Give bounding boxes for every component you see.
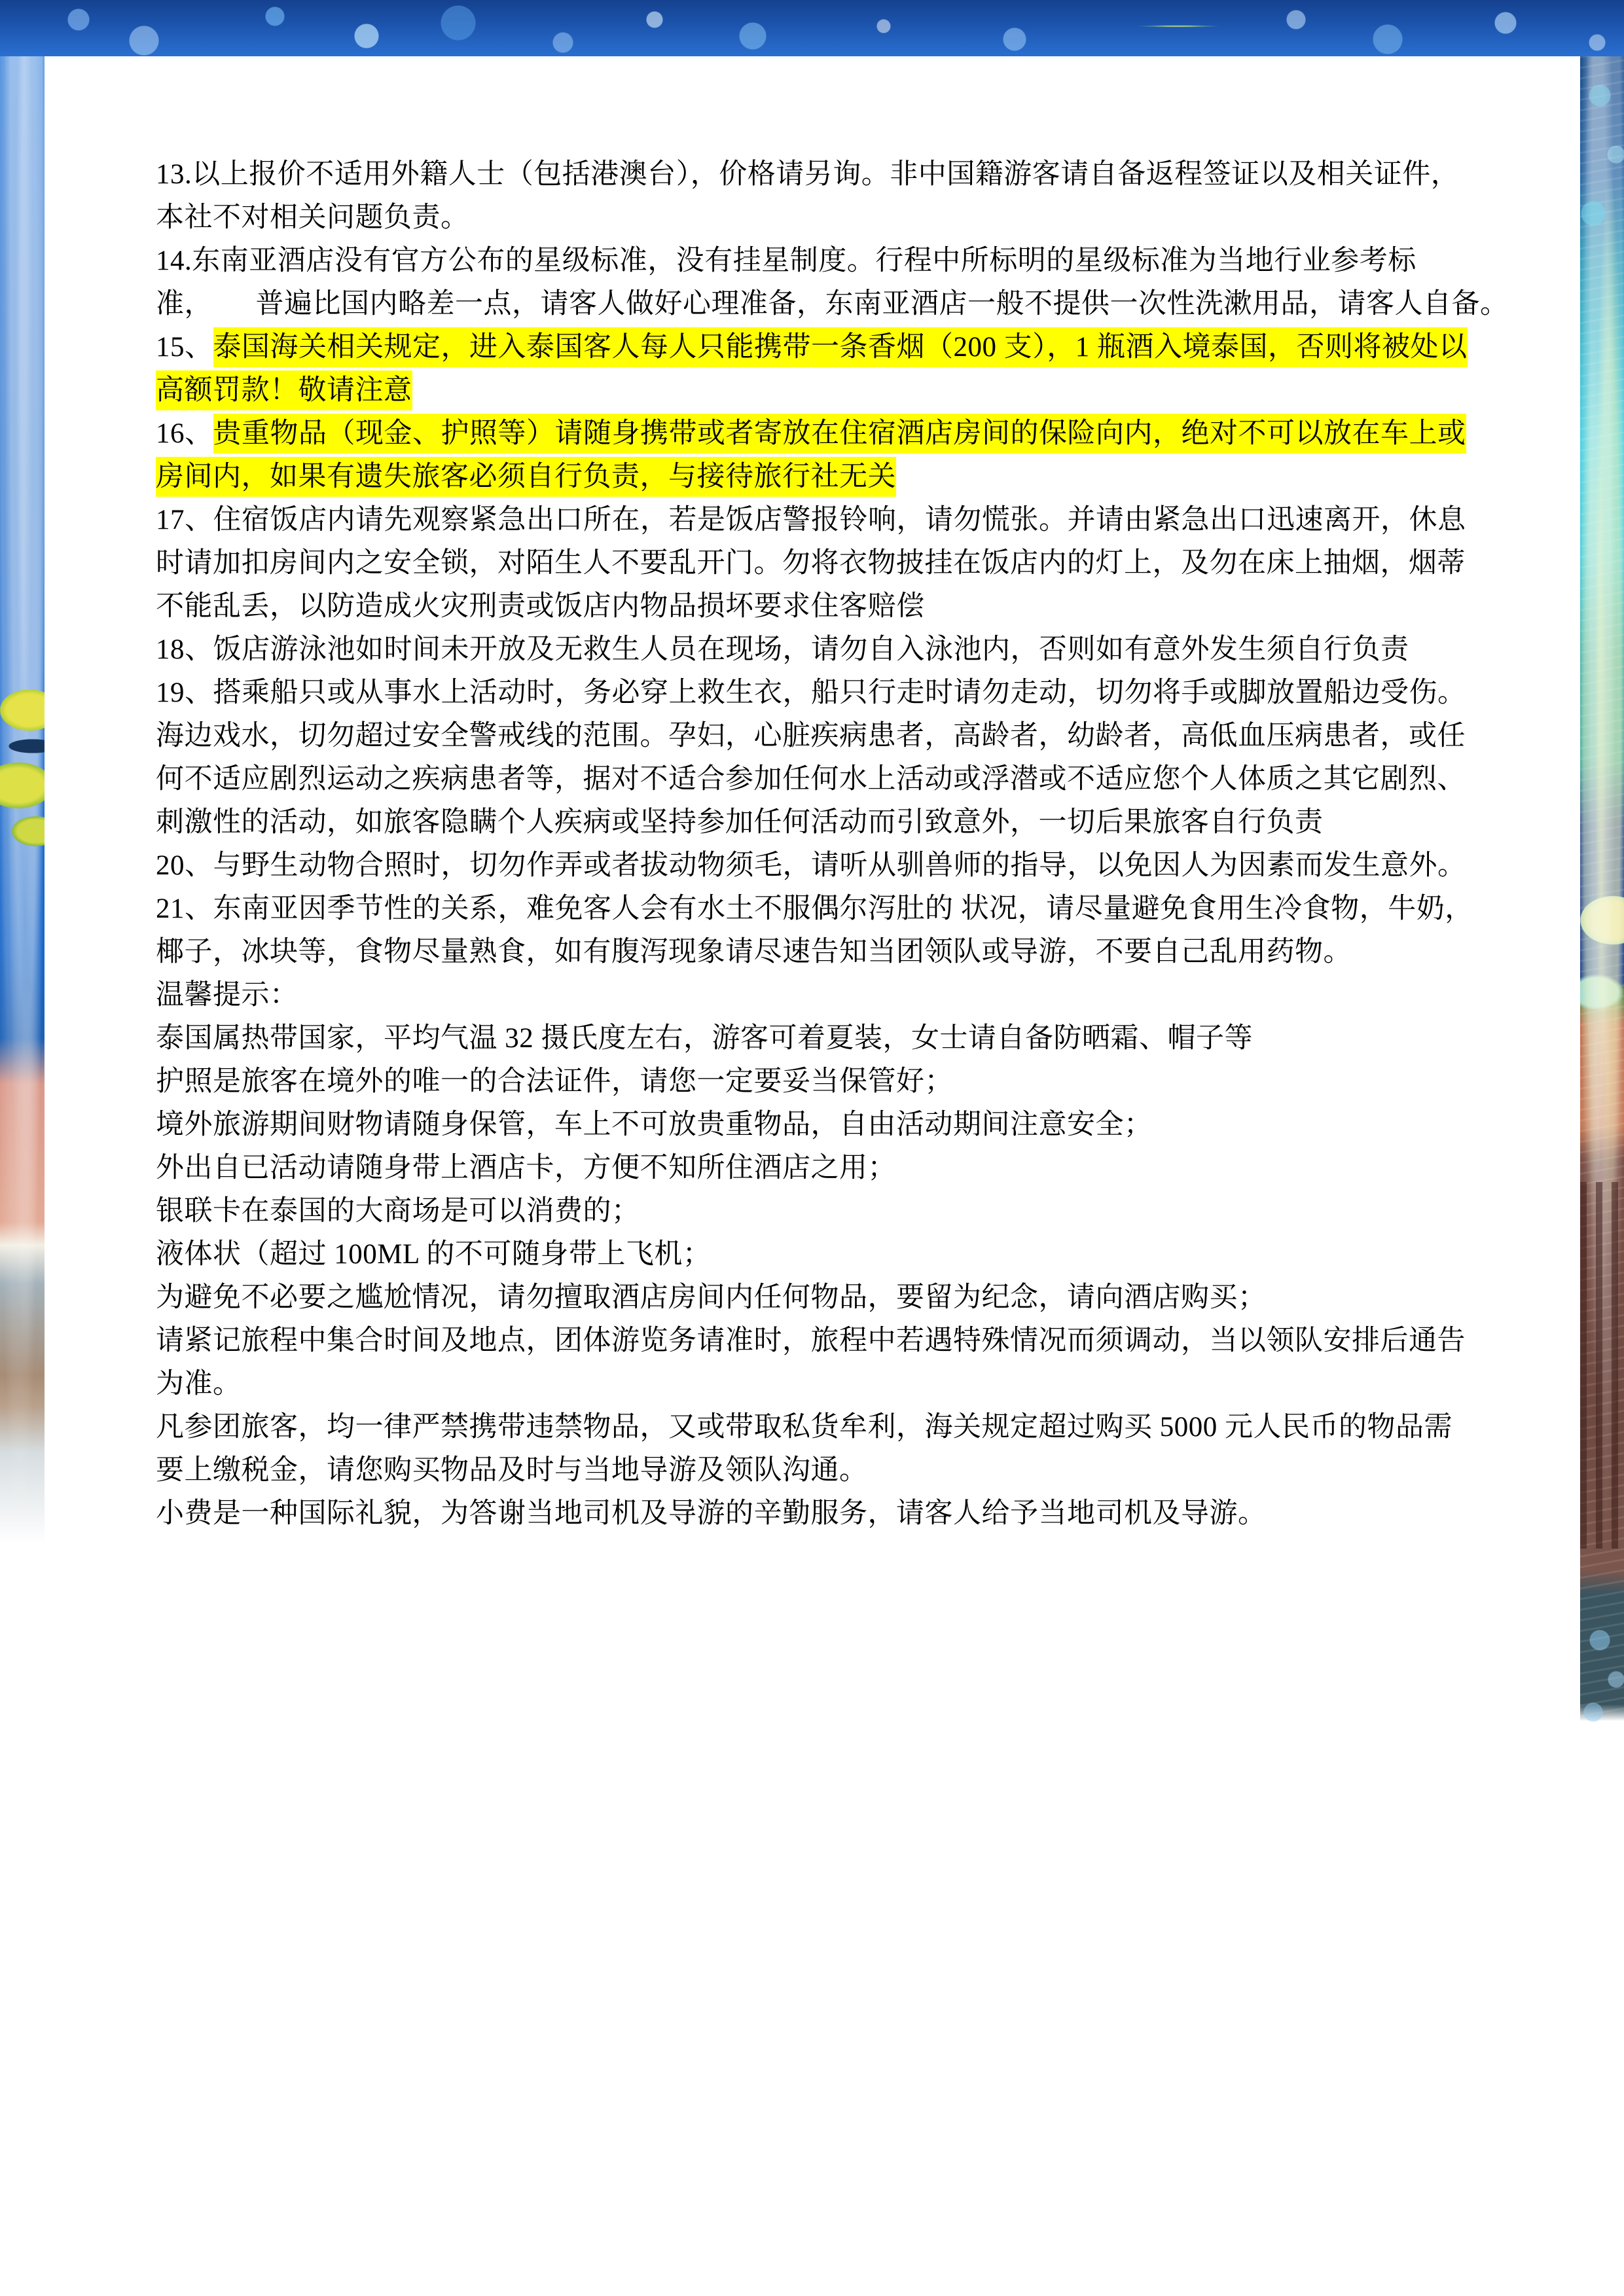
plain-text: 15、: [156, 332, 213, 363]
text-line: 银联卡在泰国的大商场是可以消费的；: [156, 1190, 1485, 1233]
text-line: 14.东南亚酒店没有官方公布的星级标准，没有挂星制度。行程中所标明的星级标准为当…: [156, 240, 1485, 283]
text-line: 本社不对相关问题负责。: [156, 196, 1485, 240]
plain-text: 时请加扣房间内之安全锁，对陌生人不要乱开门。勿将衣物披挂在饭店内的灯上，及勿在床…: [156, 548, 1466, 579]
text-line: 海边戏水，切勿超过安全警戒线的范围。孕妇，心脏疾病患者，高龄者，幼龄者，高低血压…: [156, 715, 1485, 758]
plain-text: 海边戏水，切勿超过安全警戒线的范围。孕妇，心脏疾病患者，高龄者，幼龄者，高低血压…: [156, 721, 1466, 751]
text-line: 为避免不必要之尴尬情况，请勿擅取酒店房间内任何物品，要留为纪念，请向酒店购买；: [156, 1276, 1485, 1319]
text-line: 为准。: [156, 1363, 1485, 1406]
plain-text: 护照是旅客在境外的唯一的合法证件，请您一定要妥当保管好；: [156, 1066, 953, 1097]
plain-text: 18、饭店游泳池如时间未开放及无救生人员在现场，请勿自入泳池内，否则如有意外发生…: [156, 634, 1409, 665]
yellow-fish-icon: [0, 681, 45, 857]
text-line: 温馨提示：: [156, 974, 1485, 1017]
highlighted-text: 泰国海关相关规定，进入泰国客人每人只能携带一条香烟（200 支），1 瓶酒入境泰…: [213, 327, 1468, 367]
text-line: 17、住宿饭店内请先观察紧急出口所在，若是饭店警报铃响，请勿慌张。并请由紧急出口…: [156, 499, 1485, 542]
text-line: 房间内，如果有遗失旅客必须自行负责，与接待旅行社无关: [156, 456, 1485, 499]
text-line: 时请加扣房间内之安全锁，对陌生人不要乱开门。勿将衣物披挂在饭店内的灯上，及勿在床…: [156, 542, 1485, 585]
plain-text: 温馨提示：: [156, 980, 298, 1011]
resort-building-decor: [1580, 1182, 1624, 1549]
plain-text: 21、东南亚因季节性的关系，难免客人会有水土不服偶尔泻肚的 状况，请尽量避免食用…: [156, 893, 1473, 924]
text-line: 请紧记旅程中集合时间及地点，团体游览务请准时，旅程中若遇特殊情况而须调动，当以领…: [156, 1319, 1485, 1363]
highlighted-text: 高额罚款！敬请注意: [156, 370, 412, 410]
text-line: 外出自已活动请随身带上酒店卡，方便不知所住酒店之用；: [156, 1147, 1485, 1190]
plain-text: 17、住宿饭店内请先观察紧急出口所在，若是饭店警报铃响，请勿慌张。并请由紧急出口…: [156, 505, 1466, 535]
text-line: 19、搭乘船只或从事水上活动时，务必穿上救生衣，船只行走时请勿走动，切勿将手或脚…: [156, 672, 1485, 715]
highlighted-text: 贵重物品（现金、护照等）请随身携带或者寄放在住宿酒店房间的保险向内，绝对不可以放…: [213, 414, 1466, 454]
plain-text: 境外旅游期间财物请随身保管，车上不可放贵重物品，自由活动期间注意安全；: [156, 1109, 1153, 1140]
text-line: 不能乱丢，以防造成火灾刑责或饭店内物品损坏要求住客赔偿: [156, 585, 1485, 628]
plain-text: 何不适应剧烈运动之疾病患者等，据对不适合参加任何水上活动或浮潜或不适应您个人体质…: [156, 764, 1466, 795]
plain-text: 为避免不必要之尴尬情况，请勿擅取酒店房间内任何物品，要留为纪念，请向酒店购买；: [156, 1282, 1267, 1313]
terms-text-block: 13.以上报价不适用外籍人士（包括港澳台），价格请另询。非中国籍游客请自备返程签…: [156, 153, 1485, 1535]
plain-text: 液体状（超过 100ML 的不可随身带上飞机；: [156, 1239, 711, 1270]
plain-text: 凡参团旅客，均一律严禁携带违禁物品，又或带取私货牟利，海关规定超过购买 5000…: [156, 1412, 1453, 1443]
text-line: 要上缴税金，请您购买物品及时与当地导游及领队沟通。: [156, 1449, 1485, 1492]
travel-notice-page: 13.以上报价不适用外籍人士（包括港澳台），价格请另询。非中国籍游客请自备返程签…: [0, 0, 1624, 2296]
plain-text: 外出自已活动请随身带上酒店卡，方便不知所住酒店之用；: [156, 1153, 896, 1183]
text-line: 境外旅游期间财物请随身保管，车上不可放贵重物品，自由活动期间注意安全；: [156, 1103, 1485, 1147]
plain-text: 银联卡在泰国的大商场是可以消费的；: [156, 1196, 640, 1227]
text-line: 高额罚款！敬请注意: [156, 369, 1485, 412]
highlighted-text: 房间内，如果有遗失旅客必须自行负责，与接待旅行社无关: [156, 457, 896, 497]
plain-text: 泰国属热带国家，平均气温 32 摄氏度左右，游客可着夏装，女士请自备防晒霜、帽子…: [156, 1023, 1253, 1054]
text-line: 护照是旅客在境外的唯一的合法证件，请您一定要妥当保管好；: [156, 1060, 1485, 1103]
plain-text: 本社不对相关问题负责。: [156, 202, 469, 233]
text-line: 18、饭店游泳池如时间未开放及无救生人员在现场，请勿自入泳池内，否则如有意外发生…: [156, 628, 1485, 672]
text-line: 15、泰国海关相关规定，进入泰国客人每人只能携带一条香烟（200 支），1 瓶酒…: [156, 326, 1485, 369]
text-line: 刺激性的活动，如旅客隐瞒个人疾病或坚持参加任何活动而引致意外，一切后果旅客自行负…: [156, 801, 1485, 844]
text-line: 小费是一种国际礼貌，为答谢当地司机及导游的辛勤服务，请客人给予当地司机及导游。: [156, 1492, 1485, 1535]
text-line: 13.以上报价不适用外籍人士（包括港澳台），价格请另询。非中国籍游客请自备返程签…: [156, 153, 1485, 196]
plain-text: 请紧记旅程中集合时间及地点，团体游览务请准时，旅程中若遇特殊情况而须调动，当以领…: [156, 1325, 1466, 1356]
plain-text: 16、: [156, 418, 213, 449]
text-line: 16、贵重物品（现金、护照等）请随身携带或者寄放在住宿酒店房间的保险向内，绝对不…: [156, 412, 1485, 456]
plain-text: 小费是一种国际礼貌，为答谢当地司机及导游的辛勤服务，请客人给予当地司机及导游。: [156, 1498, 1267, 1529]
text-line: 何不适应剧烈运动之疾病患者等，据对不适合参加任何水上活动或浮潜或不适应您个人体质…: [156, 758, 1485, 801]
plain-text: 13.以上报价不适用外籍人士（包括港澳台），价格请另询。非中国籍游客请自备返程签…: [156, 159, 1459, 190]
text-line: 泰国属热带国家，平均气温 32 摄氏度左右，游客可着夏装，女士请自备防晒霜、帽子…: [156, 1017, 1485, 1060]
plain-text: 准， 普遍比国内略差一点，请客人做好心理准备，东南亚酒店一般不提供一次性洗漱用品…: [156, 289, 1509, 319]
plain-text: 椰子，冰块等，食物尽量熟食，如有腹泻现象请尽速告知当团领队或导游，不要自己乱用药…: [156, 937, 1352, 967]
plain-text: 20、与野生动物合照时，切勿作弄或者拔动物须毛，请听从驯兽师的指导，以免因人为因…: [156, 850, 1466, 881]
text-line: 液体状（超过 100ML 的不可随身带上飞机；: [156, 1233, 1485, 1276]
plain-text: 为准。: [156, 1369, 242, 1399]
text-line: 凡参团旅客，均一律严禁携带违禁物品，又或带取私货牟利，海关规定超过购买 5000…: [156, 1406, 1485, 1449]
plain-text: 不能乱丢，以防造成火灾刑责或饭店内物品损坏要求住客赔偿: [156, 591, 925, 622]
plain-text: 要上缴税金，请您购买物品及时与当地导游及领队沟通。: [156, 1455, 868, 1486]
plain-text: 19、搭乘船只或从事水上活动时，务必穿上救生衣，船只行走时请勿走动，切勿将手或脚…: [156, 677, 1466, 708]
plain-text: 刺激性的活动，如旅客隐瞒个人疾病或坚持参加任何活动而引致意外，一切后果旅客自行负…: [156, 807, 1324, 838]
text-line: 20、与野生动物合照时，切勿作弄或者拔动物须毛，请听从驯兽师的指导，以免因人为因…: [156, 844, 1485, 888]
text-line: 椰子，冰块等，食物尽量熟食，如有腹泻现象请尽速告知当团领队或导游，不要自己乱用药…: [156, 931, 1485, 974]
text-line: 21、东南亚因季节性的关系，难免客人会有水土不服偶尔泻肚的 状况，请尽量避免食用…: [156, 888, 1485, 931]
text-line: 准， 普遍比国内略差一点，请客人做好心理准备，东南亚酒店一般不提供一次性洗漱用品…: [156, 283, 1485, 326]
top-water-bokeh-band: [0, 0, 1624, 56]
plain-text: 14.东南亚酒店没有官方公布的星级标准，没有挂星制度。行程中所标明的星级标准为当…: [156, 245, 1416, 276]
